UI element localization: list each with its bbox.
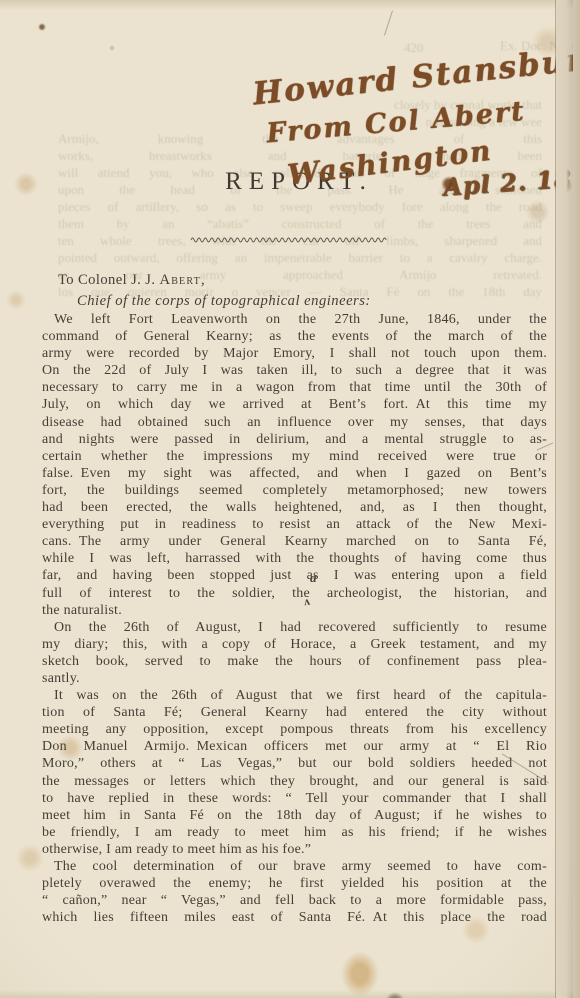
salutation-comma: , xyxy=(201,272,205,288)
body-text-line: meeting any opposition, except pompous t… xyxy=(42,721,547,738)
body-text-line: Don Manuel Armijo. Mexican officers met … xyxy=(42,738,547,755)
scratch-mark xyxy=(384,10,393,35)
body-text-line: and nights were passed in delirium, and … xyxy=(42,431,547,448)
body-text-line: to have replied in these words: “ Tell y… xyxy=(42,790,547,807)
body-text-line: my diary; this, with a copy of Horace, a… xyxy=(42,636,547,653)
body-text-line: command of General Kearny; as the events… xyxy=(42,328,547,345)
salutation-subtitle: Chief of the corps of topographical engi… xyxy=(42,291,547,312)
body-text-line: It was on the 26th of August that we fir… xyxy=(42,687,547,704)
body-text-line: false. Even my sight was affected, and w… xyxy=(42,465,547,482)
body-text-line: the naturalist. xyxy=(42,602,547,619)
show-through-line: pieces of artillery, so as to sweep ever… xyxy=(58,198,542,215)
body-text-line: meet him in Santa Fé on the 18th day of … xyxy=(42,807,547,824)
body-text-line: full of interest to the soldier, the arc… xyxy=(42,585,547,602)
body-text-line: while I was left, harrassed with the tho… xyxy=(42,550,547,567)
body-text-line: July, on which day we arrived at Bent’s … xyxy=(42,396,547,413)
body-text-line: army were recorded by Major Emory, I sha… xyxy=(42,345,547,362)
page-edge-shadow xyxy=(555,0,580,998)
body-text-line: The cool determination of our brave army… xyxy=(42,858,547,875)
salutation: To Colonel J. J. Abert, Chief of the cor… xyxy=(42,270,547,311)
scanned-book-page: 420 Ex. Doc. No. 41 closely by cannal wo… xyxy=(0,0,580,998)
body-text-line: the messages or letters which they broug… xyxy=(42,773,547,790)
body-text-line: We left Fort Leavenworth on the 27th Jun… xyxy=(42,311,547,328)
body-text-line: fort, the buildings seemed completely me… xyxy=(42,482,547,499)
body-text-line: cans. The army under General Kearny marc… xyxy=(42,533,547,550)
squiggle-path xyxy=(191,238,386,242)
body-text-line: disease had obtained such an influence o… xyxy=(42,414,547,431)
body-text: We left Fort Leavenworth on the 27th Jun… xyxy=(42,311,547,926)
body-text-line: sketch book, served to make the hours of… xyxy=(42,653,547,670)
body-text-line: “ cañon,” near “ Vegas,” and fell back t… xyxy=(42,892,547,909)
body-text-line: tion of Santa Fé; General Kearny had ent… xyxy=(42,704,547,721)
body-text-line: On the 22d of July I was taken ill, to s… xyxy=(42,362,547,379)
handwritten-inscription-name: Howard Stansbury xyxy=(251,40,580,113)
body-text-line: be friendly, I am ready to meet him as h… xyxy=(42,824,547,841)
body-text-line: On the 26th of August, I had recovered s… xyxy=(42,619,547,636)
body-text-line: had been erected, the walls heightened, … xyxy=(42,499,547,516)
salutation-name: Abert xyxy=(159,272,201,288)
body-text-line: certain whether the impressions my mind … xyxy=(42,448,547,465)
show-through-line: pointed outward, offering an impenetrabl… xyxy=(58,249,542,266)
body-text-line: Moro,” others at “ Las Vegas,” but our b… xyxy=(42,755,547,772)
show-through-page-number: 420 xyxy=(404,40,424,56)
salutation-prefix: To Colonel J. J. xyxy=(58,272,159,288)
salutation-line: To Colonel J. J. Abert, xyxy=(42,270,547,291)
body-text-line: which lies fifteen miles east of Santa F… xyxy=(42,909,547,926)
body-text-line: necessary to carry me in a wagon from th… xyxy=(42,379,547,396)
body-text-line: far, and having been stopped just as I w… xyxy=(42,567,547,584)
marginalia-insertion-a: a xyxy=(310,570,317,586)
body-text-line: otherwise, I am ready to meet him as his… xyxy=(42,841,547,858)
body-text-line: pletely overawed the enemy; he first yie… xyxy=(42,875,547,892)
body-text-line: santly. xyxy=(42,670,547,687)
wavy-divider-rule xyxy=(190,230,387,248)
body-text-line: everything put in readiness to resist an… xyxy=(42,516,547,533)
